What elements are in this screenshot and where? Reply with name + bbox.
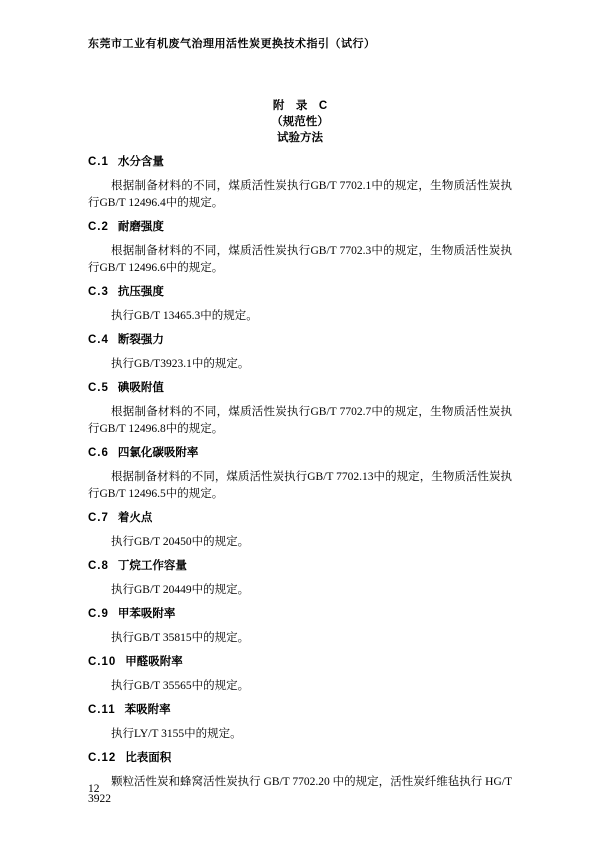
section-title: 水分含量	[118, 156, 164, 168]
section-heading: C.1水分含量	[88, 155, 512, 170]
section-body: 执行GB/T 20449中的规定。	[88, 582, 512, 599]
section-c10: C.10甲醛吸附率 执行GB/T 35565中的规定。	[88, 655, 512, 695]
sections-container: C.1水分含量 根据制备材料的不同，煤质活性炭执行GB/T 7702.1中的规定…	[88, 155, 512, 808]
section-c3: C.3抗压强度 执行GB/T 13465.3中的规定。	[88, 285, 512, 325]
section-body: 执行LY/T 3155中的规定。	[88, 726, 512, 743]
section-c6: C.6四氯化碳吸附率 根据制备材料的不同，煤质活性炭执行GB/T 7702.13…	[88, 446, 512, 503]
section-heading: C.10甲醛吸附率	[88, 655, 512, 670]
section-number: C.8	[88, 559, 109, 574]
section-number: C.12	[88, 751, 116, 766]
section-title: 碘吸附值	[118, 382, 164, 394]
section-title: 耐磨强度	[118, 221, 164, 233]
section-title: 抗压强度	[118, 286, 164, 298]
section-body: 根据制备材料的不同，煤质活性炭执行GB/T 7702.3中的规定，生物质活性炭执…	[88, 243, 512, 277]
section-body: 执行GB/T 35565中的规定。	[88, 678, 512, 695]
section-heading: C.2耐磨强度	[88, 220, 512, 235]
section-number: C.10	[88, 655, 116, 670]
section-number: C.1	[88, 155, 109, 170]
section-body: 根据制备材料的不同，煤质活性炭执行GB/T 7702.1中的规定，生物质活性炭执…	[88, 178, 512, 212]
section-heading: C.5碘吸附值	[88, 381, 512, 396]
section-title: 甲醛吸附率	[125, 656, 183, 668]
section-heading: C.8丁烷工作容量	[88, 559, 512, 574]
section-heading: C.3抗压强度	[88, 285, 512, 300]
section-heading: C.11苯吸附率	[88, 703, 512, 718]
section-body: 执行GB/T 20450中的规定。	[88, 534, 512, 551]
section-body: 颗粒活性炭和蜂窝活性炭执行 GB/T 7702.20 中的规定，活性炭纤维毡执行…	[88, 774, 512, 808]
section-c5: C.5碘吸附值 根据制备材料的不同，煤质活性炭执行GB/T 7702.7中的规定…	[88, 381, 512, 438]
section-title: 四氯化碳吸附率	[118, 447, 199, 459]
section-heading: C.7着火点	[88, 511, 512, 526]
section-number: C.9	[88, 607, 109, 622]
section-body: 执行GB/T 13465.3中的规定。	[88, 308, 512, 325]
section-number: C.5	[88, 381, 109, 396]
document-header-title: 东莞市工业有机废气治理用活性炭更换技术指引（试行）	[88, 38, 512, 51]
section-heading: C.12比表面积	[88, 751, 512, 766]
section-body: 根据制备材料的不同，煤质活性炭执行GB/T 7702.13中的规定，生物质活性炭…	[88, 469, 512, 503]
appendix-label: 附 录 C	[88, 98, 512, 114]
section-title: 比表面积	[125, 752, 171, 764]
section-body: 执行GB/T3923.1中的规定。	[88, 356, 512, 373]
section-number: C.6	[88, 446, 109, 461]
section-c9: C.9甲苯吸附率 执行GB/T 35815中的规定。	[88, 607, 512, 647]
section-number: C.3	[88, 285, 109, 300]
section-heading: C.4断裂强力	[88, 333, 512, 348]
section-number: C.7	[88, 511, 109, 526]
section-title: 丁烷工作容量	[118, 560, 187, 572]
section-c7: C.7着火点 执行GB/T 20450中的规定。	[88, 511, 512, 551]
section-body: 根据制备材料的不同，煤质活性炭执行GB/T 7702.7中的规定，生物质活性炭执…	[88, 404, 512, 438]
section-number: C.4	[88, 333, 109, 348]
section-title: 断裂强力	[118, 334, 164, 346]
section-number: C.2	[88, 220, 109, 235]
section-c8: C.8丁烷工作容量 执行GB/T 20449中的规定。	[88, 559, 512, 599]
section-heading: C.9甲苯吸附率	[88, 607, 512, 622]
page-number: 12	[88, 782, 100, 796]
section-c1: C.1水分含量 根据制备材料的不同，煤质活性炭执行GB/T 7702.1中的规定…	[88, 155, 512, 212]
appendix-subtitle: 试验方法	[88, 130, 512, 146]
section-title: 甲苯吸附率	[118, 608, 176, 620]
section-c11: C.11苯吸附率 执行LY/T 3155中的规定。	[88, 703, 512, 743]
section-number: C.11	[88, 703, 116, 718]
section-c12: C.12比表面积 颗粒活性炭和蜂窝活性炭执行 GB/T 7702.20 中的规定…	[88, 751, 512, 808]
section-c2: C.2耐磨强度 根据制备材料的不同，煤质活性炭执行GB/T 7702.3中的规定…	[88, 220, 512, 277]
section-body: 执行GB/T 35815中的规定。	[88, 630, 512, 647]
appendix-normative-label: （规范性）	[88, 114, 512, 130]
section-heading: C.6四氯化碳吸附率	[88, 446, 512, 461]
document-page: 东莞市工业有机废气治理用活性炭更换技术指引（试行） 附 录 C （规范性） 试验…	[0, 0, 600, 848]
section-title: 苯吸附率	[125, 704, 171, 716]
section-c4: C.4断裂强力 执行GB/T3923.1中的规定。	[88, 333, 512, 373]
section-title: 着火点	[118, 512, 153, 524]
appendix-title-block: 附 录 C （规范性） 试验方法	[88, 98, 512, 146]
